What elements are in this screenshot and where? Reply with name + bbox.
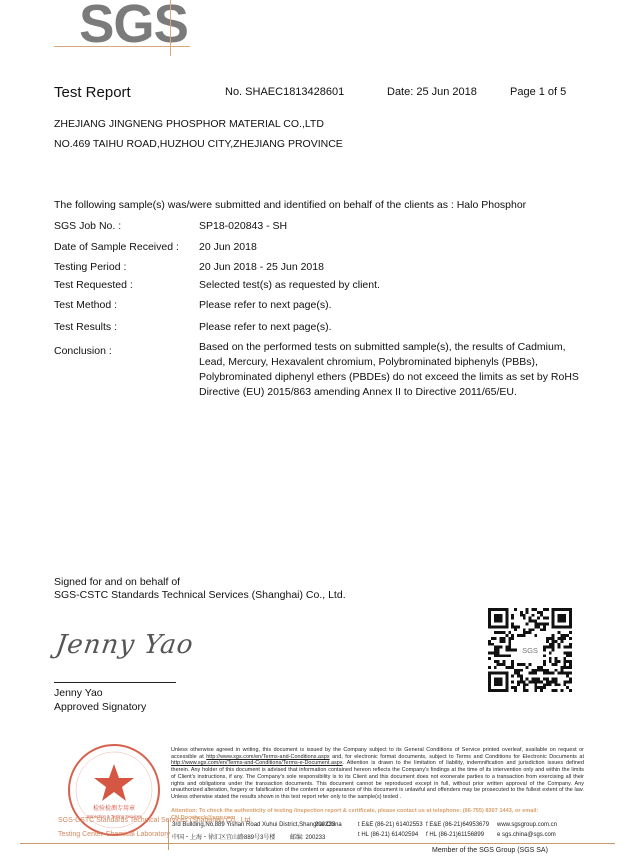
- field-value-job-no: SP18-020843 - SH: [199, 220, 287, 232]
- stamp-caption-2: Testing Center-Chemical Laboratory: [58, 831, 170, 838]
- field-label-test-method: Test Method :: [54, 299, 117, 311]
- signature-line: [54, 682, 176, 683]
- field-value-test-requested: Selected test(s) as requested by client.: [199, 279, 380, 291]
- report-title: Test Report: [54, 84, 131, 101]
- qr-center-label: SGS: [522, 646, 538, 655]
- signatory-role: Approved Signatory: [54, 700, 146, 714]
- signed-on-behalf: Signed for and on behalf of SGS-CSTC Sta…: [54, 576, 346, 602]
- stamp-center-cn: 检验检测专用章: [93, 804, 135, 812]
- official-stamp-icon: 检验检测专用章 Inspection & Testing Services: [64, 740, 164, 840]
- field-value-test-method: Please refer to next page(s).: [199, 299, 332, 311]
- email-link[interactable]: e sgs.china@sgs.com: [497, 832, 556, 838]
- terms-fine-print: Unless otherwise agreed in writing, this…: [171, 747, 584, 801]
- signatory: Jenny Yao Approved Signatory: [54, 686, 146, 714]
- terms-link[interactable]: http://www.sgs.com/en/Terms-and-Conditio…: [206, 754, 329, 760]
- field-value-testing-period: 20 Jun 2018 - 25 Jun 2018: [199, 261, 324, 273]
- signed-line-2: SGS-CSTC Standards Technical Services (S…: [54, 589, 346, 602]
- field-label-job-no: SGS Job No. :: [54, 220, 121, 232]
- address-cn: 中国・上海・徐汇区宜山路889号3号楼: [172, 832, 275, 841]
- conclusion-label: Conclusion :: [54, 345, 112, 357]
- authenticity-notice: Attention: To check the authenticity of …: [171, 808, 584, 821]
- conclusion-text: Based on the performed tests on submitte…: [199, 340, 579, 400]
- field-label-date-received: Date of Sample Received :: [54, 241, 179, 253]
- phone-ee: t E&E (86-21) 61402553: [358, 822, 423, 828]
- handwritten-signature: Jenny Yao: [54, 630, 196, 660]
- field-value-test-results: Please refer to next page(s).: [199, 321, 332, 333]
- postcode-en: 200233: [315, 822, 335, 828]
- field-value-date-received: 20 Jun 2018: [199, 241, 257, 253]
- field-label-test-results: Test Results :: [54, 321, 117, 333]
- signatory-name: Jenny Yao: [54, 686, 146, 700]
- page-indicator: Page 1 of 5: [510, 86, 566, 98]
- logo-accent-line: [170, 0, 171, 56]
- report-date: Date: 25 Jun 2018: [387, 86, 477, 98]
- report-number: No. SHAEC1813428601: [225, 86, 344, 98]
- signed-line-1: Signed for and on behalf of: [54, 576, 346, 589]
- member-statement: Member of the SGS Group (SGS SA): [432, 847, 548, 854]
- client-name: ZHEJIANG JINGNENG PHOSPHOR MATERIAL CO.,…: [54, 118, 324, 130]
- footer-divider: [20, 843, 615, 844]
- sample-intro: The following sample(s) was/were submitt…: [54, 199, 526, 211]
- fax-hl: f HL (86-21)61156899: [426, 832, 484, 838]
- fax-ee: f E&E (86-21)64953679: [426, 822, 489, 828]
- qr-code-icon[interactable]: SGS: [488, 608, 572, 692]
- phone-hl: t HL (86-21) 61402594: [358, 832, 418, 838]
- field-label-testing-period: Testing Period :: [54, 261, 126, 273]
- postcode-cn: 邮编: 200233: [290, 832, 325, 841]
- website-link[interactable]: www.sgsgroup.com.cn: [497, 822, 557, 828]
- e-document-terms-link[interactable]: http://www.sgs.com/en/Terms-and-Conditio…: [171, 760, 343, 766]
- field-label-test-requested: Test Requested :: [54, 279, 133, 291]
- client-address: NO.469 TAIHU ROAD,HUZHOU CITY,ZHEJIANG P…: [54, 138, 343, 150]
- footer-divider: [168, 820, 169, 850]
